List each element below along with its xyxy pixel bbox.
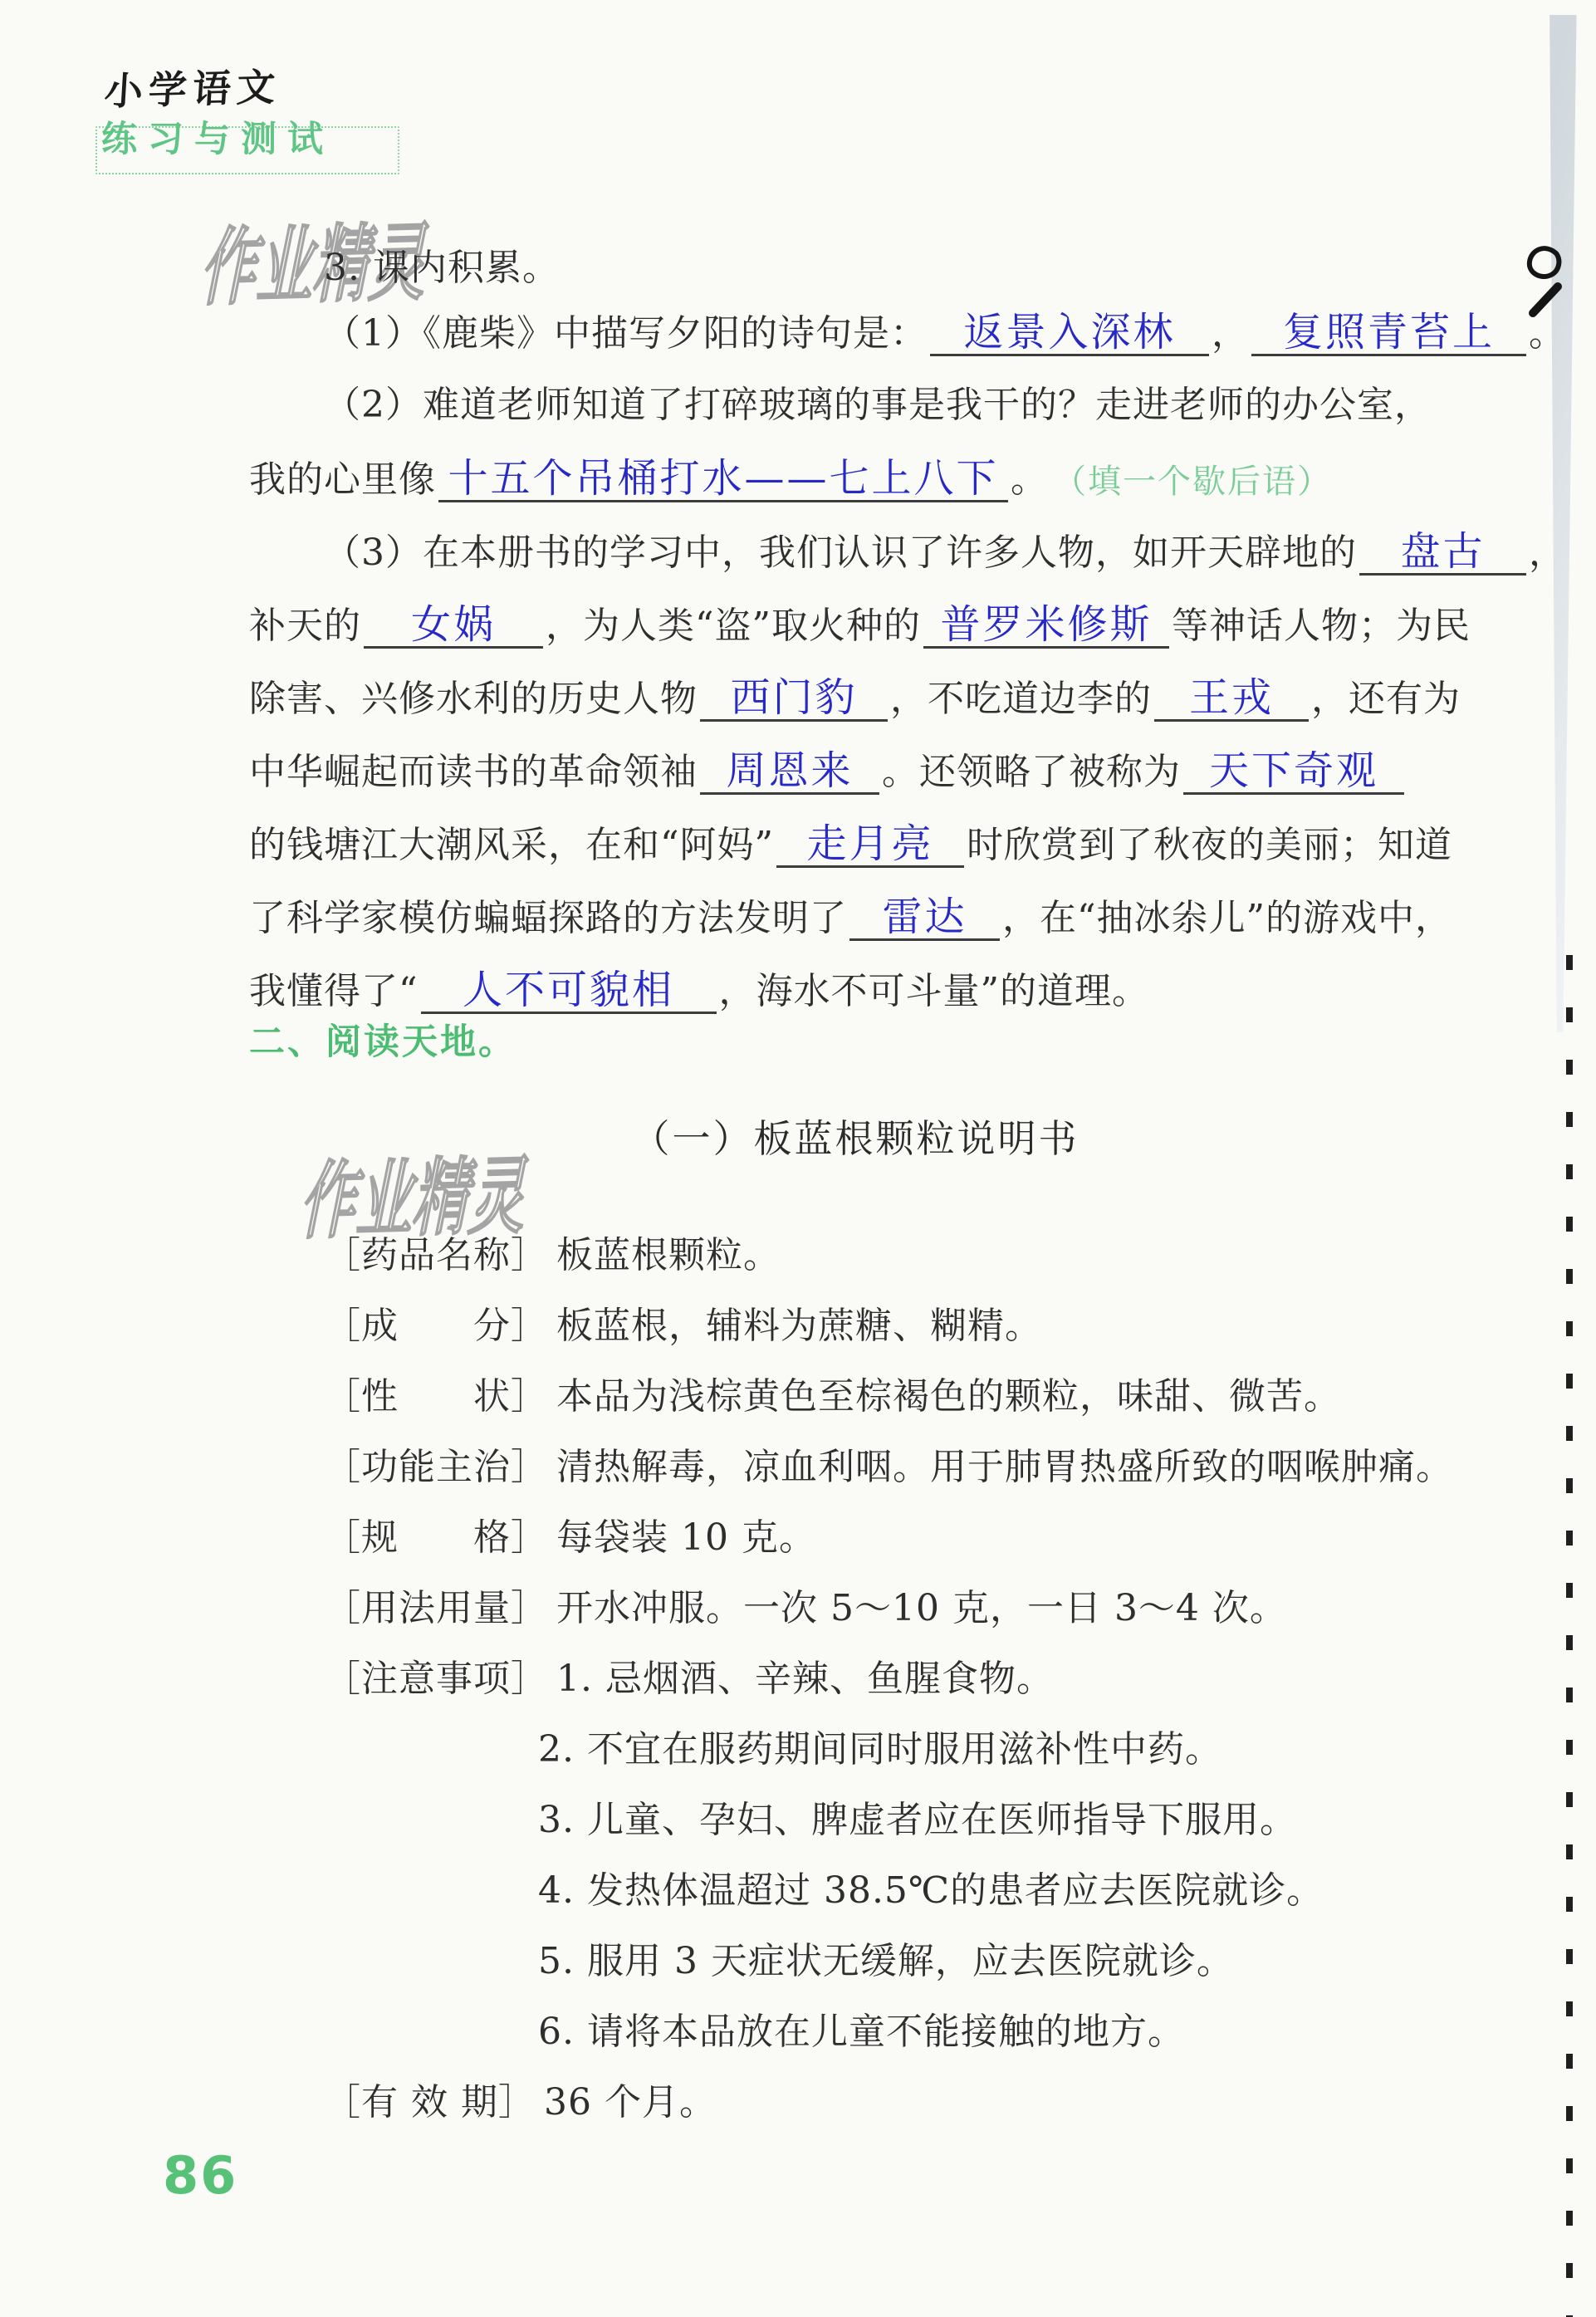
- text-run: 5. 服用 3 天症状无缓解，应去医院就诊。: [538, 1938, 1234, 1984]
- spec-character: ［性 状］本品为浅棕黄色至棕褐色的颗粒，味甜、微苦。: [324, 1374, 1341, 1419]
- question-3-2-cont: 我的心里像十五个吊桶打水——七上八下。（填一个歇后语）: [249, 455, 1332, 502]
- answer-text: 雷达: [882, 895, 967, 940]
- text-run: 3. 儿童、孕妇、脾虚者应在医师指导下服用。: [538, 1797, 1297, 1843]
- spec-label: ［规 格］: [324, 1515, 548, 1560]
- spec-precaution-2: 2. 不宜在服药期间同时服用滋补性中药。: [538, 1727, 1222, 1772]
- text-run: 。还领略了被称为: [882, 749, 1181, 795]
- text-run: 中华崛起而读书的革命领袖: [249, 749, 698, 795]
- blank-field: 王戎: [1154, 674, 1309, 722]
- brand-subtitle: 练习与测试: [101, 111, 334, 162]
- answer-text: 西门豹: [730, 676, 857, 721]
- spec-label: ［注意事项］: [324, 1656, 548, 1702]
- text-run: 补天的: [249, 603, 361, 649]
- text-run: 时欣赏到了秋夜的美丽；知道: [967, 822, 1452, 868]
- question-3-title: 3. 课内积累。: [324, 245, 560, 291]
- text-run: 6. 请将本品放在儿童不能接触的地方。: [538, 2009, 1185, 2055]
- answer-text: 天下奇观: [1209, 749, 1378, 794]
- spec-validity: ［有 效 期］36 个月。: [324, 2079, 717, 2125]
- text-run: 除害、兴修水利的历史人物: [249, 676, 698, 722]
- answer-text: 王戎: [1189, 676, 1274, 721]
- text-run: ，为人类“盗”取火种的: [546, 603, 921, 649]
- spec-label: ［功能主治］: [324, 1444, 548, 1490]
- answer-text: 女娲: [411, 603, 496, 648]
- answer-text: 盘古: [1400, 530, 1485, 575]
- workbook-page: 小学语文 练习与测试 作业精灵 作业精灵 3. 课内积累。（1）《鹿柴》中描写夕…: [0, 0, 1596, 2317]
- text-run: 3. 课内积累。: [324, 245, 560, 291]
- text-run: 1. 忌烟酒、辛辣、鱼腥食物。: [556, 1656, 1054, 1702]
- blank-field: 周恩来: [700, 747, 879, 795]
- text-run: 每袋装 10 克。: [556, 1515, 816, 1560]
- text-run: 我的心里像: [249, 457, 436, 502]
- spec-ingredients: ［成 分］板蓝根，辅料为蔗糖、糊精。: [324, 1303, 1042, 1349]
- answer-text: 周恩来: [726, 749, 853, 794]
- text-run: 2. 不宜在服药期间同时服用滋补性中药。: [538, 1727, 1222, 1772]
- question-3-3-cont: 我懂得了“人不可貌相，海水不可斗量”的道理。: [249, 967, 1149, 1014]
- question-3-3-cont: 了科学家模仿蝙蝠探路的方法发明了雷达，在“抽冰尜儿”的游戏中，: [249, 894, 1452, 941]
- answer-text: 走月亮: [806, 822, 933, 867]
- answer-text: 返景入深林: [963, 311, 1175, 355]
- blank-field: 人不可貌相: [421, 967, 717, 1014]
- question-3-3-cont: 中华崛起而读书的革命领袖周恩来。还领略了被称为天下奇观: [249, 747, 1407, 795]
- text-run: 板蓝根颗粒。: [556, 1232, 781, 1278]
- spec-label: ［性 状］: [324, 1374, 548, 1419]
- spec-precaution-5: 5. 服用 3 天症状无缓解，应去医院就诊。: [538, 1938, 1234, 1984]
- spec-label: ［用法用量］: [324, 1585, 548, 1631]
- answer-text: 复照青苔上: [1283, 311, 1495, 355]
- section-heading: 二、阅读天地。: [249, 1014, 516, 1065]
- spec-usage: ［用法用量］开水冲服。一次 5～10 克，一日 3～4 次。: [324, 1585, 1287, 1631]
- text-run: ，不吃道边李的: [890, 676, 1152, 722]
- text-run: 了科学家模仿蝙蝠探路的方法发明了: [249, 895, 847, 941]
- text-run: ，海水不可斗量”的道理。: [719, 968, 1150, 1014]
- text-run: 本品为浅棕黄色至棕褐色的颗粒，味甜、微苦。: [556, 1374, 1341, 1419]
- page-number: 86: [163, 2145, 237, 2206]
- text-run: （2）难道老师知道了打碎玻璃的事是我干的？走进老师的办公室，: [324, 382, 1432, 428]
- question-3-3-cont: 的钱塘江大潮风采，在和“阿妈”走月亮时欣赏到了秋夜的美丽；知道: [249, 821, 1452, 868]
- text-run: 板蓝根，辅料为蔗糖、糊精。: [556, 1303, 1042, 1349]
- text-run: 我懂得了“: [249, 968, 419, 1014]
- text-run: 开水冲服。一次 5～10 克，一日 3～4 次。: [556, 1585, 1287, 1631]
- question-3-2: （2）难道老师知道了打碎玻璃的事是我干的？走进老师的办公室，: [324, 382, 1432, 428]
- blank-field: 西门豹: [700, 674, 888, 722]
- question-3-3-cont: 除害、兴修水利的历史人物西门豹，不吃道边李的王戎，还有为: [249, 674, 1461, 722]
- blank-field: 复照青苔上: [1251, 309, 1526, 356]
- text-run: ，在“抽冰尜儿”的游戏中，: [1002, 895, 1452, 941]
- green-note: （填一个歇后语）: [1053, 461, 1332, 502]
- spec-functions: ［功能主治］清热解毒，凉血利咽。用于肺胃热盛所致的咽喉肿痛。: [324, 1444, 1453, 1490]
- spec-label: ［药品名称］: [324, 1232, 548, 1278]
- text-run: ，: [1212, 311, 1249, 356]
- text-run: ，还有为: [1311, 676, 1461, 722]
- text-run: （3）在本册书的学习中，我们认识了许多人物，如开天辟地的: [324, 530, 1357, 576]
- question-3-3: （3）在本册书的学习中，我们认识了许多人物，如开天辟地的盘古，: [324, 528, 1566, 576]
- spec-precautions: ［注意事项］1. 忌烟酒、辛辣、鱼腥食物。: [324, 1656, 1054, 1702]
- page-edge-shadow: [1537, 15, 1582, 1032]
- text-run: 的钱塘江大潮风采，在和“阿妈”: [249, 822, 774, 868]
- blank-field: 女娲: [364, 601, 543, 649]
- answer-text: 人不可貌相: [463, 968, 674, 1013]
- spec-label: ［成 分］: [324, 1303, 548, 1349]
- blank-field: 盘古: [1359, 528, 1526, 576]
- spec-precaution-6: 6. 请将本品放在儿童不能接触的地方。: [538, 2009, 1185, 2055]
- answer-text: 十五个吊桶打水——七上八下: [448, 457, 998, 502]
- blank-field: 返景入深林: [930, 309, 1209, 356]
- blank-field: 普罗米修斯: [923, 601, 1169, 649]
- pen-mark-icon: [1525, 243, 1568, 320]
- spec-precaution-3: 3. 儿童、孕妇、脾虚者应在医师指导下服用。: [538, 1797, 1297, 1843]
- reading-title: （一）板蓝根颗粒说明书: [249, 1109, 1461, 1163]
- brand-title: 小学语文: [103, 56, 282, 116]
- answer-text: 普罗米修斯: [940, 603, 1152, 648]
- text-run: 等神话人物；为民: [1172, 603, 1471, 649]
- blank-field: 十五个吊桶打水——七上八下: [438, 455, 1008, 502]
- blank-field: 天下奇观: [1183, 747, 1404, 795]
- question-3-3-cont: 补天的女娲，为人类“盗”取火种的普罗米修斯等神话人物；为民: [249, 601, 1471, 649]
- spec-precaution-4: 4. 发热体温超过 38.5℃的患者应去医院就诊。: [538, 1868, 1324, 1913]
- spec-label: ［有 效 期］: [324, 2079, 536, 2125]
- text-run: 36 个月。: [544, 2079, 717, 2125]
- spec-drug-name: ［药品名称］板蓝根颗粒。: [324, 1232, 781, 1278]
- text-run: 清热解毒，凉血利咽。用于肺胃热盛所致的咽喉肿痛。: [556, 1444, 1453, 1490]
- question-3-1: （1）《鹿柴》中描写夕阳的诗句是：返景入深林，复照青苔上。: [324, 309, 1566, 356]
- text-run: 4. 发热体温超过 38.5℃的患者应去医院就诊。: [538, 1868, 1324, 1913]
- text-run: 。: [1011, 457, 1048, 502]
- blank-field: 雷达: [849, 894, 1000, 941]
- binding-dashed-line: [1566, 955, 1573, 2317]
- spec-specification: ［规 格］每袋装 10 克。: [324, 1515, 816, 1560]
- blank-field: 走月亮: [776, 821, 964, 868]
- text-run: （1）《鹿柴》中描写夕阳的诗句是：: [324, 311, 928, 356]
